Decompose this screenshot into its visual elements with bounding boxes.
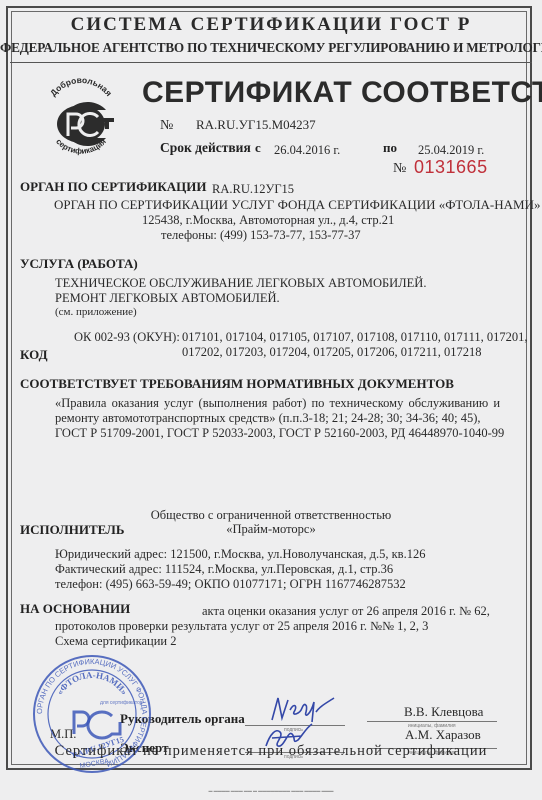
certificate-title: СЕРТИФИКАТ СООТВЕТСТВИЯ	[142, 76, 542, 110]
codes-line-1: 017101, 017104, 017105, 017107, 017108, …	[182, 330, 527, 345]
service-note: (см. приложение)	[55, 306, 137, 318]
agency-name: ФЕДЕРАЛЬНОЕ АГЕНТСТВО ПО ТЕХНИЧЕСКОМУ РЕ…	[0, 40, 542, 56]
certification-body-label: ОРГАН ПО СЕРТИФИКАЦИИ	[20, 179, 207, 195]
compliance-line-1: «Правила оказания услуг (выполнения рабо…	[55, 396, 500, 411]
cert-number-label: №	[160, 118, 173, 134]
valid-to-date: 25.04.2019 г.	[418, 143, 484, 158]
rst-logo-icon: Добровольная сертификация	[36, 76, 126, 166]
expert-name: А.М. Харазов	[405, 727, 481, 743]
basis-line-3: Схема сертификации 2	[55, 634, 176, 649]
service-label: УСЛУГА (РАБОТА)	[20, 256, 138, 272]
header-divider	[10, 62, 532, 63]
printer-imprint: ▬ ▬▬▬▬ ▬▬▬ ▬▬ ▬ ▬▬▬▬▬▬▬▬ ▬▬▬ ▬▬▬▬ ▬▬▬	[0, 788, 542, 793]
performer-name-line-2: «Прайм-моторс»	[0, 522, 542, 537]
service-line-2: РЕМОНТ ЛЕГКОВЫХ АВТОМОБИЛЕЙ.	[55, 291, 280, 306]
head-name-line	[367, 721, 497, 722]
performer-legal-address: Юридический адрес: 121500, г.Москва, ул.…	[55, 547, 425, 562]
validity-label: Срок действия	[160, 140, 251, 156]
performer-actual-address: Фактический адрес: 111524, г.Москва, ул.…	[55, 562, 393, 577]
valid-from-label: с	[255, 140, 261, 156]
classifier-label: ОК 002-93 (ОКУН):	[74, 330, 180, 345]
basis-line-2: протоколов проверки результата услуг от …	[55, 619, 428, 634]
service-line-1: ТЕХНИЧЕСКОЕ ОБСЛУЖИВАНИЕ ЛЕГКОВЫХ АВТОМО…	[55, 276, 426, 291]
code-label: КОД	[20, 347, 48, 363]
valid-from-date: 26.04.2016 г.	[274, 143, 340, 158]
not-for-mandatory-notice: Сертификат не применяется при обязательн…	[0, 743, 542, 760]
compliance-label: СООТВЕТСТВУЕТ ТРЕБОВАНИЯМ НОРМАТИВНЫХ ДО…	[20, 376, 454, 392]
basis-label: НА ОСНОВАНИИ	[20, 601, 130, 617]
performer-contacts: телефон: (495) 663-59-49; ОКПО 01077171;…	[55, 577, 406, 592]
performer-name-line-1: Общество с ограниченной ответственностью	[0, 508, 542, 523]
svg-text:для сертификатов: для сертификатов	[100, 700, 143, 706]
certification-body-name: ОРГАН ПО СЕРТИФИКАЦИИ УСЛУГ ФОНДА СЕРТИФ…	[54, 197, 540, 213]
certification-body-phones: телефоны: (499) 153-73-77, 153-77-37	[161, 228, 361, 243]
blank-number-label: №	[393, 161, 406, 177]
blank-serial-number: 0131665	[414, 157, 488, 178]
codes-line-2: 017202, 017203, 017204, 017205, 017206, …	[182, 345, 482, 360]
compliance-line-2: ремонту автомототранспортных средств» (п…	[55, 411, 480, 426]
compliance-line-3: ГОСТ Р 51709-2001, ГОСТ Р 52033-2003, ГО…	[55, 426, 504, 441]
svg-text:Добровольная: Добровольная	[48, 76, 114, 98]
head-of-body-name: В.В. Клевцова	[404, 704, 483, 720]
certification-body-address: 125438, г.Москва, Автомоторная ул., д.4,…	[142, 213, 394, 228]
valid-to-label: по	[383, 140, 397, 156]
system-title: СИСТЕМА СЕРТИФИКАЦИИ ГОСТ Р	[0, 14, 542, 36]
certification-body-code: RA.RU.12УГ15	[212, 182, 294, 197]
basis-line-1: акта оценки оказания услуг от 26 апреля …	[202, 604, 490, 619]
cert-number: RA.RU.УГ15.М04237	[196, 117, 316, 133]
